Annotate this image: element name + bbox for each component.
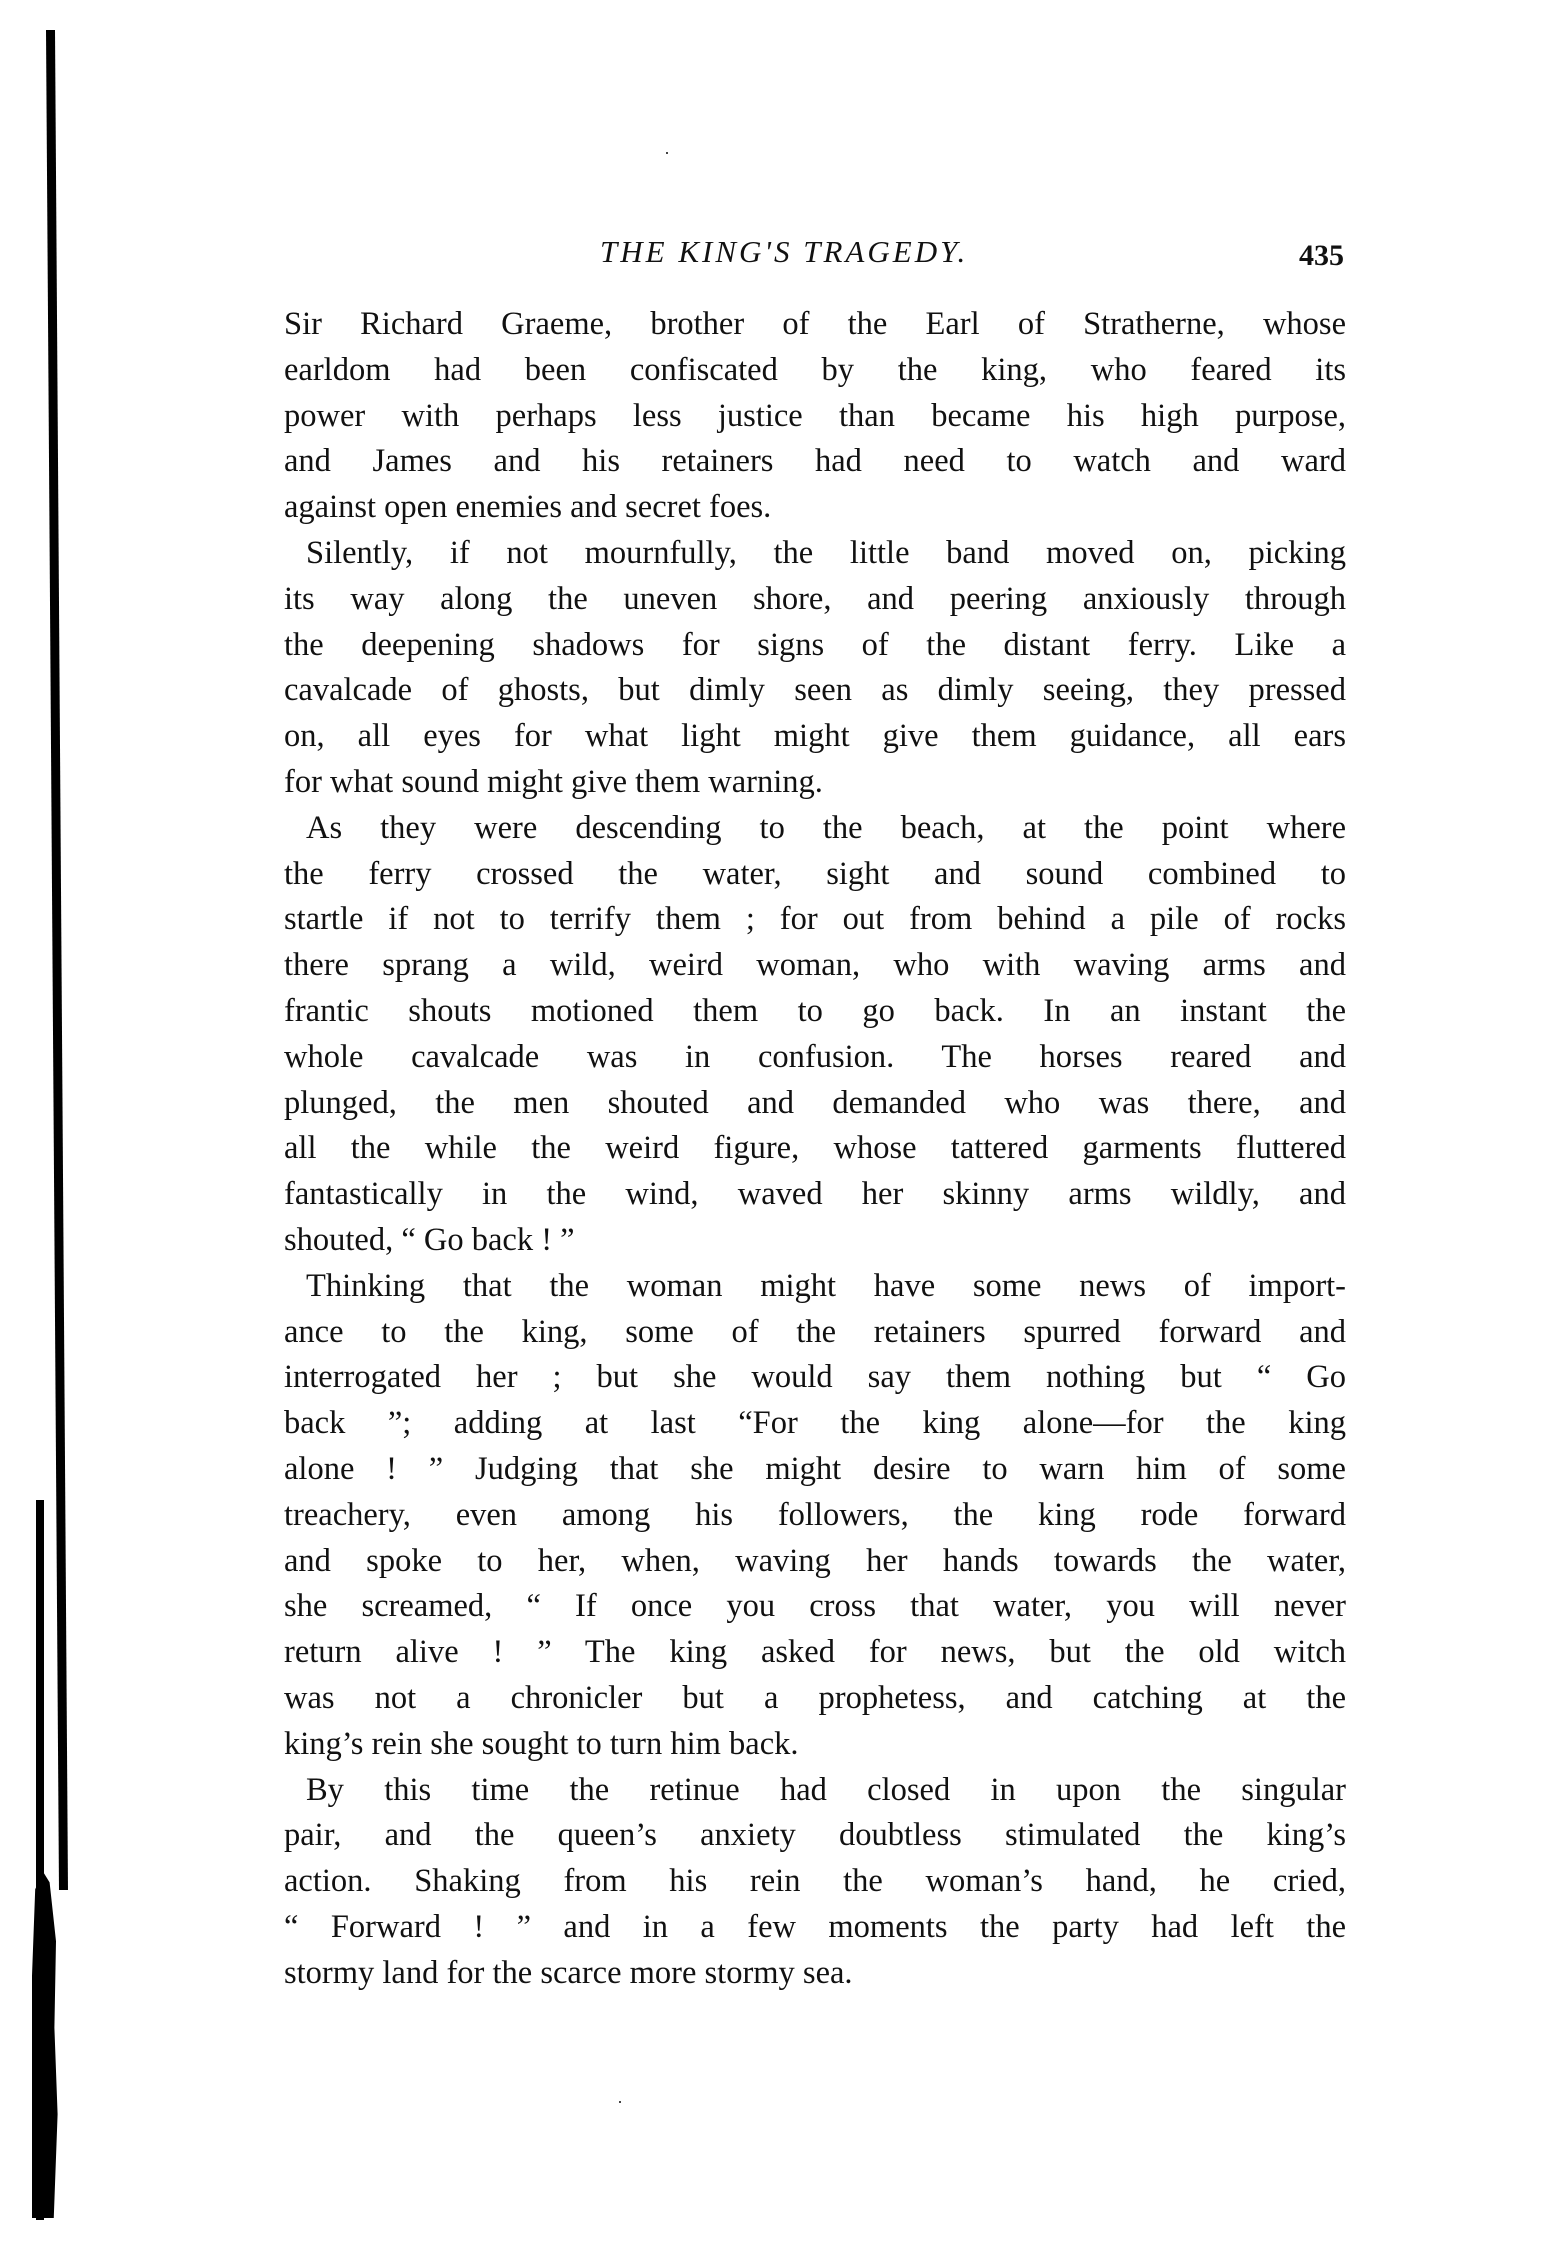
paragraph: As they were descending to the beach, at… <box>284 806 1346 1264</box>
text-line: whole cavalcade was in confusion. The ho… <box>284 1035 1346 1081</box>
text-line: all the while the weird figure, whose ta… <box>284 1126 1346 1172</box>
text-line: the ferry crossed the water, sight and s… <box>284 852 1346 898</box>
text-line: the deepening shadows for signs of the d… <box>284 623 1346 669</box>
text-line: ance to the king, some of the retainers … <box>284 1310 1346 1356</box>
text-line: pair, and the queen’s anxiety doubtless … <box>284 1813 1346 1859</box>
text-line: treachery, even among his followers, the… <box>284 1493 1346 1539</box>
text-line: As they were descending to the beach, at… <box>284 806 1346 852</box>
text-line: on, all eyes for what light might give t… <box>284 714 1346 760</box>
text-line: king’s rein she sought to turn him back. <box>284 1722 1346 1768</box>
text-line: power with perhaps less justice than bec… <box>284 394 1346 440</box>
text-line: Thinking that the woman might have some … <box>284 1264 1346 1310</box>
paragraph: Sir Richard Graeme, brother of the Earl … <box>284 302 1346 531</box>
text-line: she screamed, “ If once you cross that w… <box>284 1584 1346 1630</box>
text-line: return alive ! ” The king asked for news… <box>284 1630 1346 1676</box>
paragraph: By this time the retinue had closed in u… <box>284 1768 1346 1997</box>
text-line: there sprang a wild, weird woman, who wi… <box>284 943 1346 989</box>
scan-speck <box>666 152 668 154</box>
paragraph: Silently, if not mournfully, the little … <box>284 531 1346 806</box>
text-line: stormy land for the scarce more stormy s… <box>284 1951 1346 1997</box>
paragraph: Thinking that the woman might have some … <box>284 1264 1346 1768</box>
text-line: its way along the uneven shore, and peer… <box>284 577 1346 623</box>
text-line: Silently, if not mournfully, the little … <box>284 531 1346 577</box>
text-line: alone ! ” Judging that she might desire … <box>284 1447 1346 1493</box>
text-line: plunged, the men shouted and demanded wh… <box>284 1081 1346 1127</box>
text-line: and spoke to her, when, waving her hands… <box>284 1539 1346 1585</box>
text-line: cavalcade of ghosts, but dimly seen as d… <box>284 668 1346 714</box>
text-line: shouted, “ Go back ! ” <box>284 1218 1346 1264</box>
scan-binding-edge <box>46 30 68 1890</box>
body-text: Sir Richard Graeme, brother of the Earl … <box>284 302 1346 1996</box>
page-number: 435 <box>1299 236 1344 276</box>
text-line: By this time the retinue had closed in u… <box>284 1768 1346 1814</box>
text-line: fantastically in the wind, waved her ski… <box>284 1172 1346 1218</box>
text-line: and James and his retainers had need to … <box>284 439 1346 485</box>
scan-binding-shadow <box>32 1872 64 2218</box>
text-line: action. Shaking from his rein the woman’… <box>284 1859 1346 1905</box>
scan-speck <box>619 2101 621 2103</box>
text-line: for what sound might give them warning. <box>284 760 1346 806</box>
text-line: was not a chronicler but a prophetess, a… <box>284 1676 1346 1722</box>
text-line: earldom had been confiscated by the king… <box>284 348 1346 394</box>
text-line: “ Forward ! ” and in a few moments the p… <box>284 1905 1346 1951</box>
text-line: against open enemies and secret foes. <box>284 485 1346 531</box>
running-head: THE KING'S TRAGEDY. <box>600 232 968 272</box>
text-line: startle if not to terrify them ; for out… <box>284 897 1346 943</box>
text-line: interrogated her ; but she would say the… <box>284 1355 1346 1401</box>
text-line: frantic shouts motioned them to go back.… <box>284 989 1346 1035</box>
text-line: back ”; adding at last “For the king alo… <box>284 1401 1346 1447</box>
text-line: Sir Richard Graeme, brother of the Earl … <box>284 302 1346 348</box>
